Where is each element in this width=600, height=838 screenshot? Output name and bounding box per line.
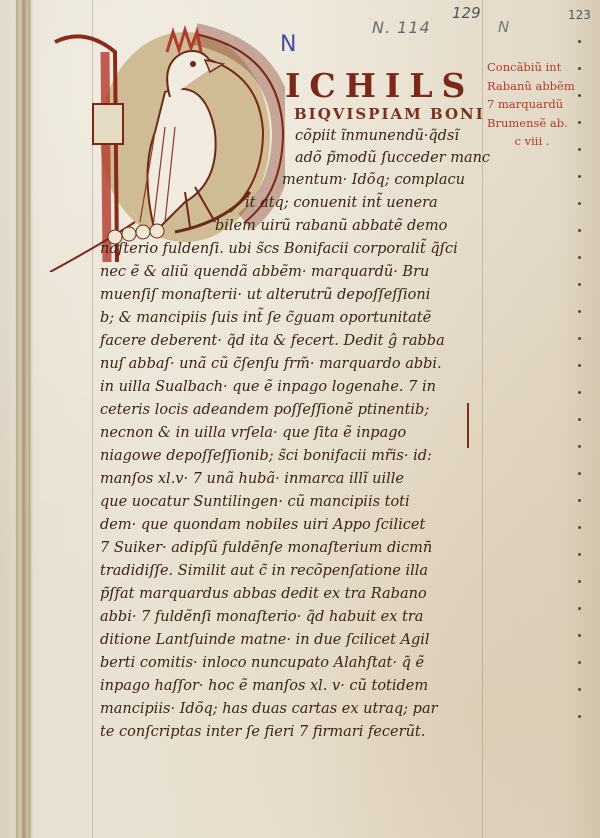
- text-line: facere deberent· q̃d ita & fecert. Dedit…: [100, 333, 445, 349]
- subtitle-majuscules: BIQVISPIAM BONI: [294, 105, 485, 123]
- secondary-mark: N: [498, 18, 509, 36]
- text-line: abbi· 7 fuldẽnſi monaſterio· q̃d habuit …: [100, 609, 423, 625]
- text-line: que uocatur Suntilingen· cũ mancipiis to…: [100, 494, 410, 510]
- text-line: p̃ſfat marquardus abbas dedit ex tra Rab…: [100, 586, 427, 602]
- text-line: inpago haſſor· hoc ẽ manſos xl. v· cũ to…: [100, 678, 428, 694]
- text-line: in uilla Sualbach· que ẽ inpago logenahe…: [100, 379, 436, 395]
- text-line: adõ p̃modũ ſucceder manc: [295, 150, 490, 166]
- text-line: tradidiſſe. Similit aut c̃ in recõpenſat…: [100, 563, 428, 579]
- illuminated-initial-bird-icon: [45, 22, 285, 272]
- text-line: nuſ abbaſ· unã cũ c̃ſenſu frm̃· marquard…: [100, 356, 442, 372]
- page-number: 123: [568, 8, 591, 22]
- text-line: ceteris locis adeandem poſſeſſionẽ ptine…: [100, 402, 429, 418]
- manuscript-page: N. 114 129 N 123 N Concãbiũ int Rabanũ a…: [0, 0, 600, 838]
- text-line: dem· que quondam nobiles uiri Appo ſcili…: [100, 517, 425, 533]
- text-line: manſos xl.v· 7 unã hubã· inmarca illĩ ui…: [100, 471, 404, 487]
- ruling-line: [482, 0, 483, 838]
- binding-spine: [16, 0, 30, 838]
- text-line: te conſcriptas inter ſe fieri 7 firmari …: [100, 724, 425, 740]
- text-line: berti comitis· inloco nuncupato Alahſtat…: [100, 655, 424, 671]
- text-line: muenſiſ monaſterii· ut alterutrũ depoſſe…: [100, 287, 430, 303]
- text-line: bilem uirũ rabanũ abbatẽ demo: [215, 218, 447, 234]
- title-majuscules: ICHILS: [285, 66, 474, 105]
- text-line: mancipiis· Idõq; has duas cartas ex utra…: [100, 701, 438, 717]
- text-line: necnon & in uilla vrſela· que ſita ẽ inp…: [100, 425, 406, 441]
- text-line: niagowe depoſſeſſionib; s̃ci bonifacii m…: [100, 448, 432, 464]
- folio-number: 129: [452, 4, 481, 22]
- marginal-marker-line: [467, 403, 469, 448]
- text-line: it atq; conuenit int̃ uenera: [245, 195, 438, 211]
- pricking-holes: [578, 40, 582, 720]
- text-line: cõpiit ĩnmunendũ·q̃dsĩ: [295, 128, 459, 144]
- text-line: mentum· Idõq; complacu: [282, 172, 465, 188]
- text-line: nec ẽ & aliũ quendã abbẽm· marquardũ· Br…: [100, 264, 429, 280]
- text-line: 7 Suiker· adipſũ fuldẽnſe monaſterium di…: [100, 540, 432, 556]
- shelfmark: N. 114: [372, 18, 431, 37]
- text-line: ditione Lantſuinde matne· in due ſcilice…: [100, 632, 430, 648]
- text-line: naſterio fuldenſi. ubi s̃cs Bonifacii co…: [100, 241, 458, 257]
- text-line: b; & mancipiis ſuis int̃ ſe c̃guam oport…: [100, 310, 431, 326]
